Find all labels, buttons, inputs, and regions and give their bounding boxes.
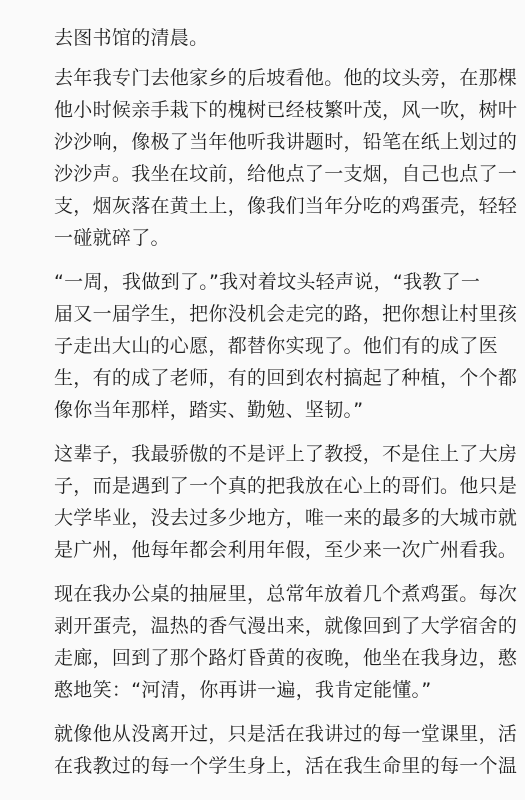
text-line: 生，有的成了老师，有的回到农村搞起了种植，个个都 (54, 362, 494, 394)
text-line: 沙沙响，像极了当年他听我讲题时，铅笔在纸上划过的 (54, 126, 494, 158)
text-line: “一周，我做到了。”我对着坟头轻声说，“我教了一 (54, 266, 494, 298)
text-line: 憨地笑：“河清，你再讲一遍，我肯定能懂。” (54, 674, 494, 706)
text-line: 大学毕业，没去过多少地方，唯一来的最多的大城市就 (54, 502, 494, 534)
text-line: 支，烟灰落在黄土上，像我们当年分吃的鸡蛋壳，轻轻 (54, 190, 494, 222)
text-line: 像你当年那样，踏实、勤勉、坚韧。” (54, 394, 494, 426)
text-line: 届又一届学生，把你没机会走完的路，把你想让村里孩 (54, 298, 494, 330)
paragraph-5: 现在我办公桌的抽屉里，总常年放着几个煮鸡蛋。每次 剥开蛋壳，温热的香气漫出来，就… (54, 578, 494, 706)
text-line: 这辈子，我最骄傲的不是评上了教授，不是住上了大房 (54, 438, 494, 470)
text-line: 子走出大山的心愿，都替你实现了。他们有的成了医 (54, 330, 494, 362)
text-line: 去图书馆的清晨。 (54, 22, 494, 54)
text-line: 去年我专门去他家乡的后坡看他。他的坟头旁，在那棵 (54, 62, 494, 94)
text-line: 走廊，回到了那个路灯昏黄的夜晚，他坐在我身边，憨 (54, 642, 494, 674)
text-line: 他小时候亲手栽下的槐树已经枝繁叶茂，风一吹，树叶 (54, 94, 494, 126)
text-line: 就像他从没离开过，只是活在我讲过的每一堂课里，活 (54, 718, 494, 750)
text-line: 现在我办公桌的抽屉里，总常年放着几个煮鸡蛋。每次 (54, 578, 494, 610)
paragraph-6: 就像他从没离开过，只是活在我讲过的每一堂课里，活 在我教过的每一个学生身上，活在… (54, 718, 494, 782)
article-body: 去图书馆的清晨。 去年我专门去他家乡的后坡看他。他的坟头旁，在那棵 他小时候亲手… (54, 22, 494, 794)
paragraph-1: 去图书馆的清晨。 (54, 22, 494, 54)
text-line: 在我教过的每一个学生身上，活在我生命里的每一个温 (54, 750, 494, 782)
paragraph-2: 去年我专门去他家乡的后坡看他。他的坟头旁，在那棵 他小时候亲手栽下的槐树已经枝繁… (54, 62, 494, 254)
text-line: 一碰就碎了。 (54, 222, 494, 254)
text-line: 沙沙声。我坐在坟前，给他点了一支烟，自己也点了一 (54, 158, 494, 190)
text-line: 子，而是遇到了一个真的把我放在心上的哥们。他只是 (54, 470, 494, 502)
text-line: 是广州，他每年都会利用年假，至少来一次广州看我。 (54, 534, 494, 566)
text-line: 剥开蛋壳，温热的香气漫出来，就像回到了大学宿舍的 (54, 610, 494, 642)
paragraph-3: “一周，我做到了。”我对着坟头轻声说，“我教了一 届又一届学生，把你没机会走完的… (54, 266, 494, 426)
paragraph-4: 这辈子，我最骄傲的不是评上了教授，不是住上了大房 子，而是遇到了一个真的把我放在… (54, 438, 494, 566)
